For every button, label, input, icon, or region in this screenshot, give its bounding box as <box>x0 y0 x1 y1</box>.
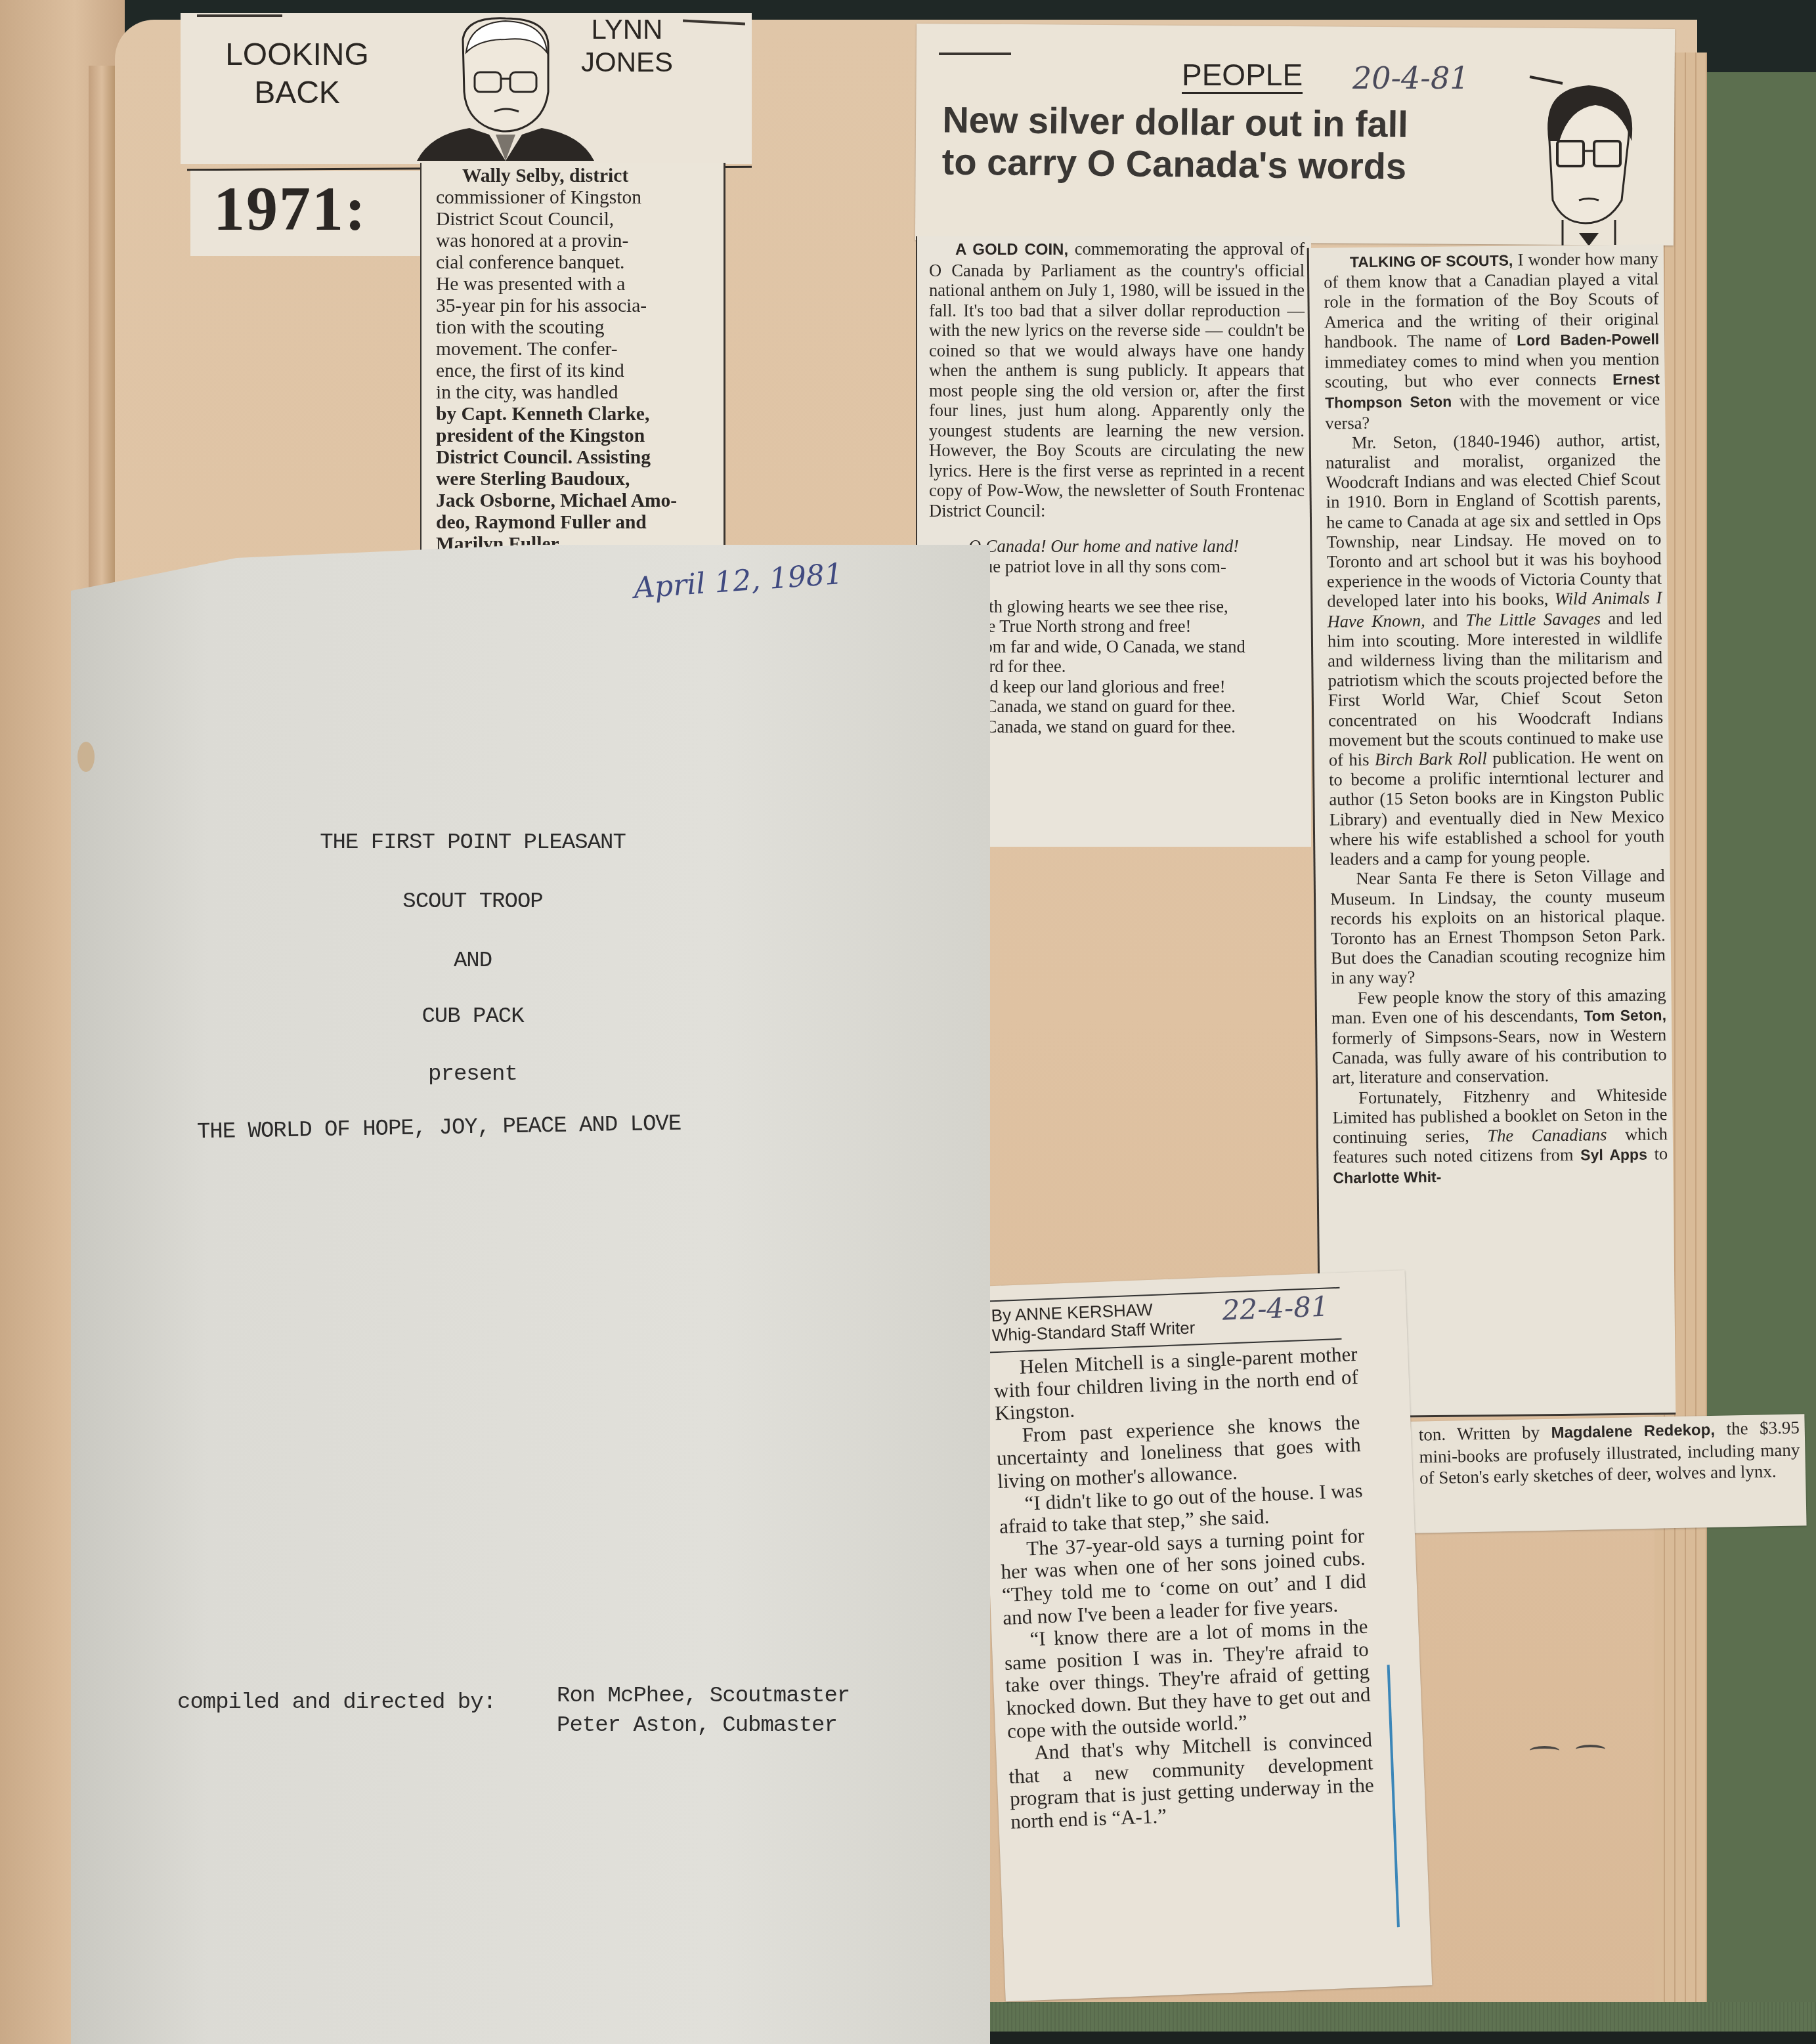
rule-mark <box>939 53 1011 55</box>
article-line: Jack Osborne, Michael Amo- <box>436 490 712 512</box>
article-line: He was presented with a <box>436 274 712 295</box>
program-credits-label: compiled and directed by: <box>177 1690 496 1715</box>
article-paragraph: And that's why Mitchell is convinced tha… <box>1008 1729 1375 1834</box>
blue-ink-line <box>1387 1665 1400 1927</box>
article-line: Wally Selby, district <box>436 165 712 187</box>
silver-dollar-article-continuation: ton. Written by Magdalene Redekop, the $… <box>1410 1414 1806 1533</box>
rule-mark <box>197 14 282 17</box>
article-line: were Sterling Baudoux, <box>436 469 712 490</box>
looking-back-article: Wally Selby, districtcommissioner of Kin… <box>420 163 725 557</box>
staple-mark <box>1576 1745 1605 1754</box>
punch-hole <box>77 742 95 772</box>
article-line: ence, the first of its kind <box>436 360 712 382</box>
section-label: PEOPLE <box>1182 58 1303 94</box>
program-credit: Ron McPhee, Scoutmaster <box>557 1684 850 1709</box>
silver-dollar-article-column-2: TALKING OF SCOUTS, I wonder how many of … <box>1307 244 1676 1418</box>
article-line: movement. The confer- <box>436 339 712 360</box>
article-paragraph: The 37-year-old says a turning point for… <box>1000 1524 1368 1629</box>
program-line: AND <box>210 948 735 973</box>
table-surface <box>972 2032 1816 2044</box>
year-label: 1971: <box>213 172 367 245</box>
handwritten-date: 20-4-81 <box>1352 60 1469 96</box>
article-body: ton. Written by Magdalene Redekop, the $… <box>1418 1416 1800 1488</box>
handwritten-date: 22-4-81 <box>1222 1290 1330 1327</box>
article-line: president of the Kingston <box>436 425 712 447</box>
article-line: was honored at a provin- <box>436 230 712 252</box>
columnist-portrait-icon <box>1523 69 1648 246</box>
article-line: commissioner of Kingston <box>436 187 712 209</box>
article-paragraph: “I know there are a lot of moms in the s… <box>1003 1615 1372 1743</box>
article-line: by Capt. Kenneth Clarke, <box>436 404 712 425</box>
article-line: cial conference banquet. <box>436 252 712 274</box>
staple-mark <box>1530 1746 1559 1755</box>
program-line: THE FIRST POINT PLEASANT <box>210 830 735 855</box>
article-line: in the city, was handled <box>436 382 712 404</box>
article-line: District Scout Council, <box>436 209 712 230</box>
column-title: LOOKING BACK <box>220 36 374 112</box>
article-line: tion with the scouting <box>436 317 712 339</box>
article-line: deo, Raymond Fuller and <box>436 512 712 534</box>
program-line: CUB PACK <box>210 1004 735 1029</box>
kershaw-article-clipping: By ANNE KERSHAW Whig-Standard Staff Writ… <box>978 1270 1432 2001</box>
article-body: Helen Mitchell is a single-parent mother… <box>993 1343 1375 1833</box>
byline: By ANNE KERSHAW Whig-Standard Staff Writ… <box>991 1298 1196 1345</box>
program-credit: Peter Aston, Cubmaster <box>557 1713 837 1738</box>
article-body: TALKING OF SCOUTS, I wonder how many of … <box>1324 248 1668 1188</box>
program-line: present <box>210 1062 735 1087</box>
program-line: SCOUT TROOP <box>210 889 735 914</box>
article-body: Wally Selby, districtcommissioner of Kin… <box>436 165 712 555</box>
headline: New silver dollar out in fall to carry O… <box>941 99 1507 189</box>
article-line: 35-year pin for his associa- <box>436 295 712 317</box>
article-line: District Council. Assisting <box>436 447 712 469</box>
columnist-portrait-icon <box>417 13 594 161</box>
